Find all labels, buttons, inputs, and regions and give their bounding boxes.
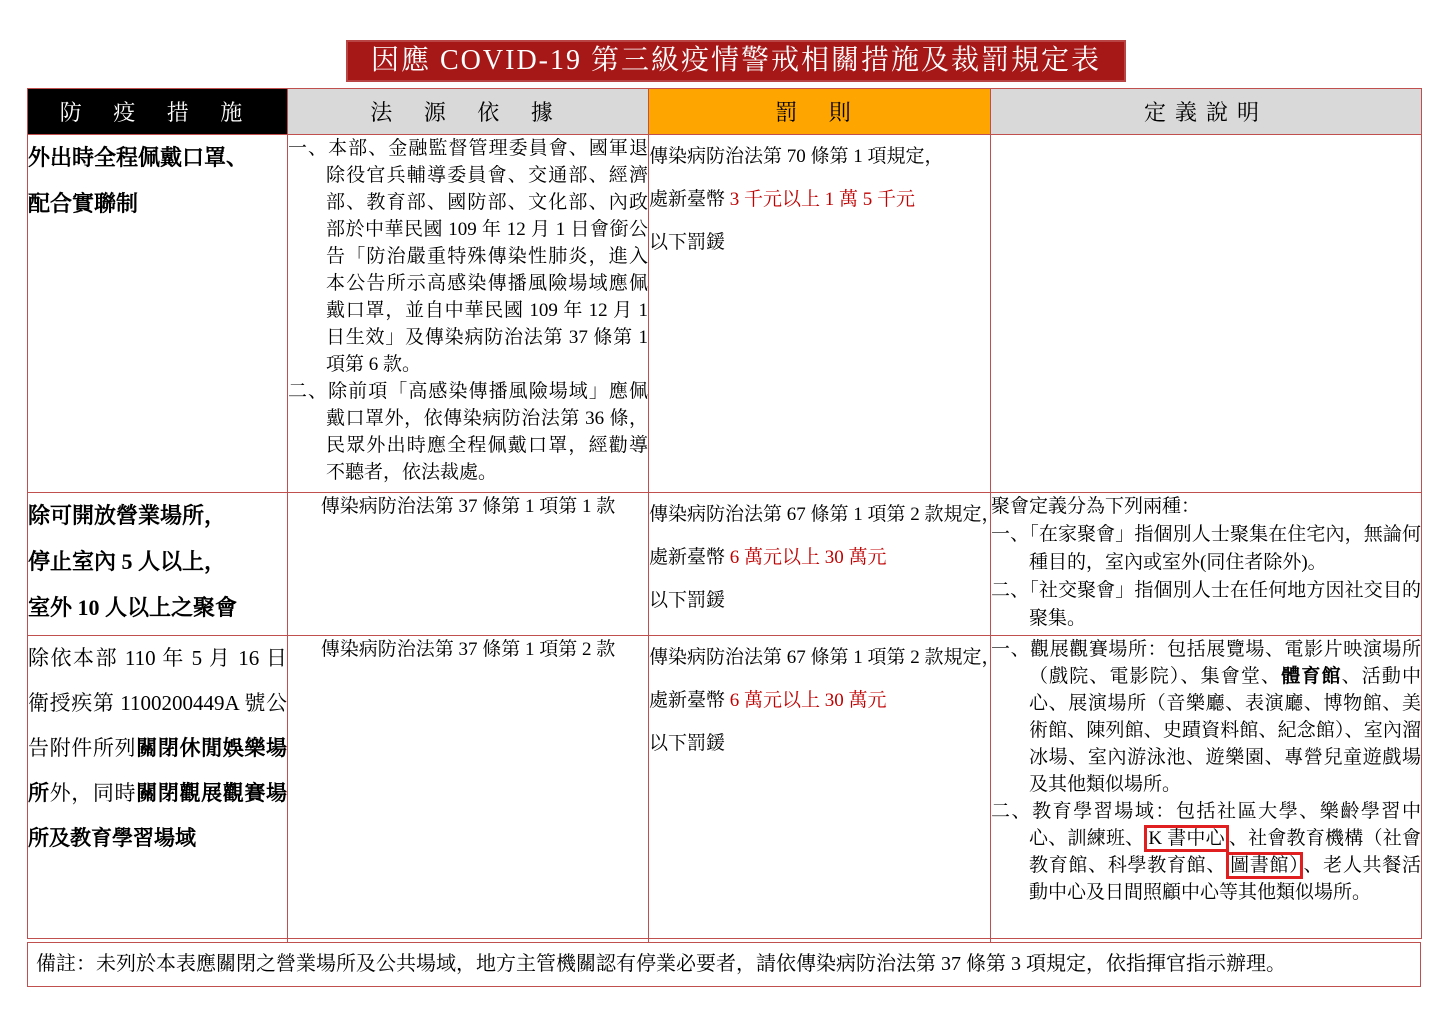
column-header-penalty: 罰 則	[649, 89, 991, 135]
penalty-law-line: 傳染病防治法第 70 條第 1 項規定，	[649, 135, 990, 178]
measure-cell-venue-closure: 除依本部 110 年 5 月 16 日衛授疾第 1100200449A 號公告附…	[28, 636, 288, 939]
bold-gymnasium: 體育館	[1281, 666, 1341, 687]
definition-item-home-gathering: 一、「在家聚會」指個別人士聚集在住宅內，無論何種目的，室內或室外(同住者除外)。	[991, 521, 1421, 577]
penalty-amount-line: 處新臺幣 6 萬元以上 30 萬元	[649, 679, 990, 722]
table-row-venue-closure: 除依本部 110 年 5 月 16 日衛授疾第 1100200449A 號公告附…	[28, 636, 1422, 939]
highlight-box-library: 圖書館）	[1226, 852, 1303, 879]
measure-cell-mask: 外出時全程佩戴口罩、 配合實聯制	[28, 135, 288, 493]
penalty-suffix-line: 以下罰鍰	[649, 579, 990, 622]
penalty-law-line: 傳染病防治法第 67 條第 1 項第 2 款規定，	[649, 493, 990, 536]
penalty-cell-gathering: 傳染病防治法第 67 條第 1 項第 2 款規定， 處新臺幣 6 萬元以上 30…	[649, 493, 991, 636]
column-header-measure: 防 疫 措 施	[28, 89, 288, 135]
table-row-mask-requirement: 外出時全程佩戴口罩、 配合實聯制 一、本部、金融監督管理委員會、國軍退除役官兵輔…	[28, 135, 1422, 493]
penalty-amount-highlight: 6 萬元以上 30 萬元	[730, 690, 887, 711]
definition-item-education-venues: 二、教育學習場域：包括社區大學、樂齡學習中心、訓練班、K 書中心、社會教育機構（…	[991, 798, 1421, 906]
penalty-law-line: 傳染病防治法第 67 條第 1 項第 2 款規定，	[649, 636, 990, 679]
legal-basis-item-2: 二、除前項「高感染傳播風險場域」應佩戴口罩外，依傳染病防治法第 36 條，民眾外…	[288, 378, 648, 486]
definition-intro: 聚會定義分為下列兩種：	[991, 493, 1421, 521]
penalty-suffix-line: 以下罰鍰	[649, 221, 990, 264]
definition-cell-venue-closure: 一、觀展觀賽場所：包括展覽場、電影片映演場所（戲院、電影院）、集會堂、體育館、活…	[991, 636, 1422, 939]
footer-note: 備註：未列於本表應關閉之營業場所及公共場域，地方主管機關認有停業必要者，請依傳染…	[27, 942, 1421, 987]
definition-item-exhibition-venues: 一、觀展觀賽場所：包括展覽場、電影片映演場所（戲院、電影院）、集會堂、體育館、活…	[991, 636, 1421, 798]
penalty-amount-line: 處新臺幣 3 千元以上 1 萬 5 千元	[649, 178, 990, 221]
measure-cell-gathering: 除可開放營業場所， 停止室內 5 人以上， 室外 10 人以上之聚會	[28, 493, 288, 636]
table-row-gathering-ban: 除可開放營業場所， 停止室內 5 人以上， 室外 10 人以上之聚會 傳染病防治…	[28, 493, 1422, 636]
penalty-amount-highlight: 3 千元以上 1 萬 5 千元	[730, 189, 915, 210]
legal-basis-item-1: 一、本部、金融監督管理委員會、國軍退除役官兵輔導委員會、交通部、經濟部、教育部、…	[288, 135, 648, 378]
legal-basis-cell-mask: 一、本部、金融監督管理委員會、國軍退除役官兵輔導委員會、交通部、經濟部、教育部、…	[288, 135, 649, 493]
penalty-cell-venue-closure: 傳染病防治法第 67 條第 1 項第 2 款規定， 處新臺幣 6 萬元以上 30…	[649, 636, 991, 939]
highlight-box-k-study-center: K 書中心	[1144, 825, 1228, 852]
definition-cell-gathering: 聚會定義分為下列兩種： 一、「在家聚會」指個別人士聚集在住宅內，無論何種目的，室…	[991, 493, 1422, 636]
legal-basis-cell-gathering: 傳染病防治法第 37 條第 1 項第 1 款	[288, 493, 649, 636]
penalty-suffix-line: 以下罰鍰	[649, 722, 990, 765]
table-header-row: 防 疫 措 施 法 源 依 據 罰 則 定義說明	[28, 89, 1422, 135]
document-title: 因應 COVID-19 第三級疫情警戒相關措施及裁罰規定表	[346, 40, 1126, 82]
legal-basis-cell-venue-closure: 傳染病防治法第 37 條第 1 項第 2 款	[288, 636, 649, 939]
column-header-definition: 定義說明	[991, 89, 1422, 135]
column-header-legal-basis: 法 源 依 據	[288, 89, 649, 135]
definition-item-social-gathering: 二、「社交聚會」指個別人士在任何地方因社交目的聚集。	[991, 577, 1421, 633]
penalty-amount-highlight: 6 萬元以上 30 萬元	[730, 547, 887, 568]
penalty-amount-line: 處新臺幣 6 萬元以上 30 萬元	[649, 536, 990, 579]
document-page: 因應 COVID-19 第三級疫情警戒相關措施及裁罰規定表 防 疫 措 施 法 …	[0, 0, 1448, 1024]
definition-cell-empty	[991, 135, 1422, 493]
regulation-table: 防 疫 措 施 法 源 依 據 罰 則 定義說明 外出時全程佩戴口罩、 配合實聯…	[27, 88, 1422, 939]
penalty-cell-mask: 傳染病防治法第 70 條第 1 項規定， 處新臺幣 3 千元以上 1 萬 5 千…	[649, 135, 991, 493]
